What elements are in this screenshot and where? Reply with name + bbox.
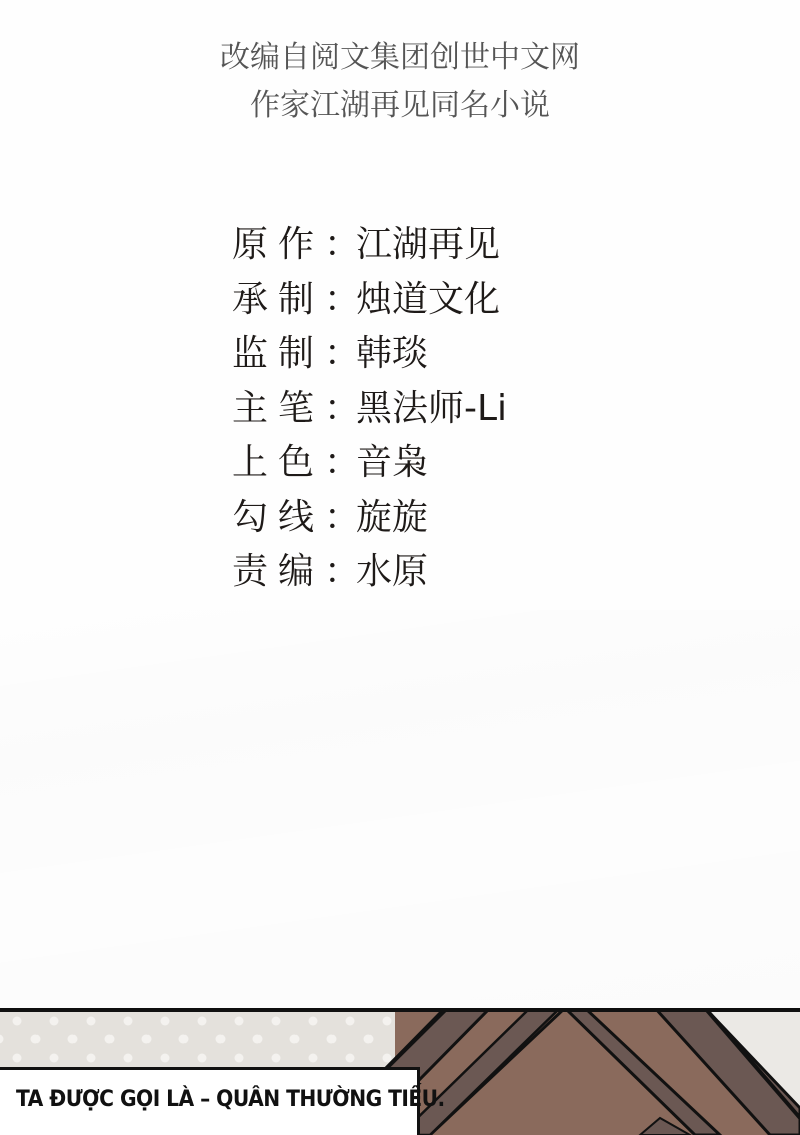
credits-list: 原作： 江湖再见 承制： 烛道文化 监制： 韩琰 主笔： 黑法师-Li 上色： … bbox=[232, 218, 507, 600]
credit-name: 烛道文化 bbox=[356, 273, 500, 328]
credit-name: 旋旋 bbox=[356, 491, 428, 546]
credit-name: 江湖再见 bbox=[356, 218, 500, 273]
credit-name: 韩琰 bbox=[356, 327, 428, 382]
credit-role: 承制： bbox=[232, 273, 356, 328]
credit-row: 上色： 音枭 bbox=[232, 436, 507, 491]
header-line-1: 改编自阅文集团创世中文网 bbox=[0, 34, 800, 82]
credit-role: 主笔： bbox=[232, 382, 356, 437]
credit-role: 责编： bbox=[232, 545, 356, 600]
comic-page: 改编自阅文集团创世中文网 作家江湖再见同名小说 原作： 江湖再见 承制： 烛道文… bbox=[0, 0, 800, 1135]
header-line-2: 作家江湖再见同名小说 bbox=[0, 82, 800, 130]
credit-role: 监制： bbox=[232, 327, 356, 382]
background-shading bbox=[0, 610, 800, 1000]
credit-row: 监制： 韩琰 bbox=[232, 327, 507, 382]
credit-name: 黑法师-Li bbox=[356, 382, 507, 437]
credit-role: 上色： bbox=[232, 436, 356, 491]
credit-name: 水原 bbox=[356, 545, 428, 600]
credit-role: 原作： bbox=[232, 218, 356, 273]
credit-role: 勾线： bbox=[232, 491, 356, 546]
caption-box: TA ĐƯỢC GỌI LÀ – QUÂN THƯỜNG TIẾU. bbox=[0, 1067, 420, 1135]
credit-row: 责编： 水原 bbox=[232, 545, 507, 600]
credit-row: 主笔： 黑法师-Li bbox=[232, 382, 507, 437]
caption-text: TA ĐƯỢC GỌI LÀ – QUÂN THƯỜNG TIẾU. bbox=[16, 1087, 445, 1112]
credit-name: 音枭 bbox=[356, 436, 428, 491]
credit-row: 原作： 江湖再见 bbox=[232, 218, 507, 273]
credit-row: 承制： 烛道文化 bbox=[232, 273, 507, 328]
credit-row: 勾线： 旋旋 bbox=[232, 491, 507, 546]
adaptation-header: 改编自阅文集团创世中文网 作家江湖再见同名小说 bbox=[0, 34, 800, 130]
